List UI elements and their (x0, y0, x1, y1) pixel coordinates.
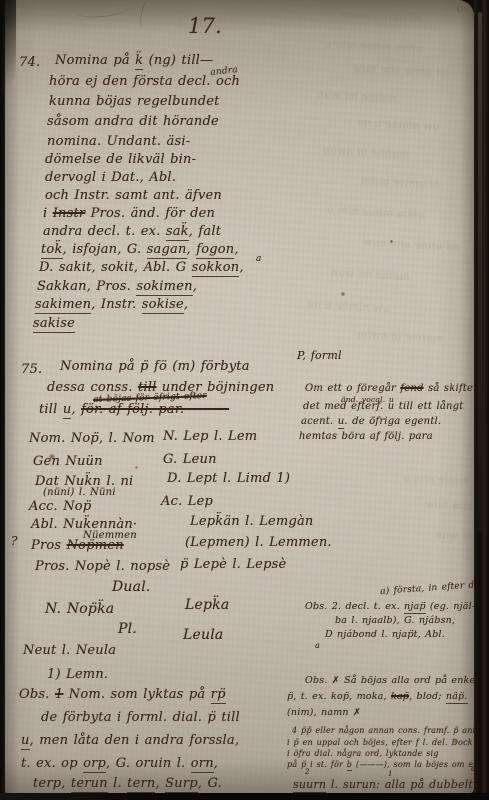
handwriting-segment: Acc. Nop̈ (29, 499, 91, 514)
handwriting-segment: till (39, 402, 63, 417)
handwriting-segment: . de öfriga egentl. (344, 416, 441, 427)
marginal-mark: ? (11, 535, 18, 547)
handwriting-segment: l. surun: alla på dubbelt ✗ (326, 778, 487, 791)
handwriting-segment: höra ej den första decl. och (49, 74, 240, 89)
handwriting-segment: (Lepmen) l. Lemmen. (185, 535, 332, 550)
margin-note: Obs. 2. decl. t. ex. njap̈ (eg. njäl- (305, 602, 475, 612)
folio-number: 81 (456, 1, 471, 13)
handwriting-segment: , men låta den i andra forssla, (30, 733, 240, 748)
handwriting-segment: hemtas böra af följ. para (299, 431, 433, 442)
table-cell: Lepk̈än l. Lemgàn (190, 515, 314, 528)
handwriting-segment: a (256, 254, 262, 264)
handwriting-segment: Lepk̈a (185, 597, 229, 613)
table-cell: p̈ Lepè l. Lepsè (180, 558, 286, 571)
margin-note: hemtas böra af följ. para (299, 432, 433, 442)
superscript-note: 2 (305, 769, 310, 776)
page-number: 17. (188, 16, 222, 37)
handwriting-segment: D. Lept l. Limd 1) (167, 471, 290, 486)
handwriting-segment: Obs. (19, 687, 55, 702)
margin-note: det med efterf. u till ett långt (303, 402, 464, 412)
stain (135, 466, 138, 469)
superscript-note: a (256, 255, 262, 264)
handwriting-segment: suurn (293, 778, 326, 793)
handwriting-segment: sak̈ (166, 224, 189, 241)
handwriting-segment: Neut l. Neula (23, 643, 116, 658)
handwriting-segment: , isfojan, G. (63, 242, 147, 257)
table-cell: (nüni) l. Nüni (43, 488, 116, 498)
handwriting-segment: , (234, 242, 238, 257)
handwriting-segment: sokimen (136, 279, 192, 296)
handwriting-segment: 4 p̈p̈ eller någon annan cons. framf. p̈… (292, 726, 479, 735)
page-edge-highlight (478, 12, 482, 532)
handwriting-segment: p̈, t. ex. kop̈, moka, (287, 691, 391, 702)
handwriting-segment: u (21, 733, 30, 750)
handwriting-segment: a (315, 641, 320, 650)
table-cell: Gen Nuün (33, 455, 103, 468)
stain (452, 738, 458, 744)
manuscript-line: sakise (33, 317, 75, 330)
manuscript-photo: 17. 81 74.Nomina på k̈ (ng) till—andrahö… (0, 0, 489, 800)
handwriting-segment: , blod; (409, 691, 446, 702)
handwriting-segment: så skifter (424, 383, 478, 394)
handwriting-segment: 2 (305, 768, 310, 776)
stray-ink-mark (139, 1, 154, 29)
handwriting-segment: 74. (19, 55, 40, 70)
handwriting-segment: , (187, 242, 197, 257)
manuscript-line: Obs. 1 Nom. som lyktas på rp̈ (19, 688, 226, 701)
book-gutter-edge (0, 0, 5, 800)
manuscript-line: andra decl. t. ex. sak̈, falt (43, 225, 221, 238)
table-cell: Acc. Nop̈ (29, 500, 91, 513)
handwriting-segment: , falt (189, 224, 221, 239)
manuscript-line: i Instr Pros. änd. för den (43, 207, 215, 220)
handwriting-segment: i (43, 206, 53, 221)
handwriting-segment: Ac. Lep (161, 494, 213, 509)
handwriting-segment: kap̈ (391, 691, 409, 702)
table-cell: Ac. Lep (161, 495, 213, 508)
handwriting-segment: sakimen (35, 297, 91, 314)
bleed-through-line: ni umwe nuim (341, 8, 421, 25)
footnote: 1) Lemn. (47, 668, 108, 681)
bleed-through-line: munne ui nwim (323, 144, 410, 161)
handwriting-segment: (———), som la böjes om efter den (352, 760, 489, 769)
margin-note: a) första, in efter d, (380, 581, 478, 597)
handwriting-segment: P, forml (297, 349, 342, 362)
handwriting-segment: (ng) till— (143, 53, 213, 68)
handwriting-segment: D. sakit, sokit, Abl. G (39, 260, 192, 275)
handwriting-segment: , (155, 776, 165, 791)
bleed-through-line: mi unne uim nuw (363, 235, 460, 253)
handwriting-segment: Obs. 2. decl. t. ex. (305, 601, 404, 612)
handwriting-segment: rp̈ (211, 687, 226, 704)
handwriting-segment: p̈ Lepè l. Lepsè (180, 557, 286, 572)
handwriting-segment: terp, (33, 776, 71, 791)
bleed-through-line: mi unne uim nuw (353, 61, 450, 79)
handwriting-segment: njap̈ (404, 601, 426, 614)
handwriting-segment: kunna böjas regelbundet (49, 94, 220, 109)
handwriting-segment: för. af följ. par. ——— (81, 402, 229, 417)
handwriting-segment: näp̈. (446, 691, 468, 704)
handwriting-segment: i p̈ en uppal och böjes, efter f l. del.… (287, 738, 473, 747)
handwriting-segment: sokkon (192, 260, 240, 277)
handwriting-segment: såsom andra dit hörande (47, 114, 219, 129)
handwriting-segment: a) första, in efter d, (380, 580, 478, 597)
handwriting-segment: sokise (142, 297, 184, 314)
handwriting-segment: , G. oruin l. (106, 756, 191, 771)
handwriting-segment: de förbyta i forml. dial. p̈ till (41, 710, 240, 725)
manuscript-line: till u, för. af följ. par. ——— (39, 403, 229, 416)
manuscript-line: nomina. Undant. äsi- (47, 135, 190, 148)
handwriting-segment: , G. (198, 776, 222, 791)
handwriting-segment: Nom. som lyktas på (63, 687, 210, 702)
handwriting-segment: 75. (21, 362, 42, 377)
manuscript-line: dömelse de likväl bin- (45, 153, 196, 166)
table-cell: (Lepmen) l. Lemmen. (185, 536, 332, 549)
margin-note: i p̈ en uppal och böjes, efter f l. del.… (287, 739, 473, 747)
manuscript-line: u, men låta den i andra forssla, (21, 734, 239, 747)
manuscript-line: de förbyta i forml. dial. p̈ till (41, 711, 240, 724)
handwriting-segment: tern (127, 776, 155, 793)
margin-note: i öfra dial. några ord, lyktande sig (287, 750, 439, 758)
handwriting-segment: tok̈ (41, 242, 63, 259)
table-cell: D. Lept l. Limd 1) (167, 472, 290, 485)
handwriting-segment: i öfra dial. några ord, lyktande sig (287, 749, 439, 758)
handwriting-segment: N. Lep l. Lem (163, 429, 257, 444)
handwriting-segment: Lepk̈än l. Lemgàn (190, 514, 314, 529)
handwriting-segment: orn (191, 756, 214, 773)
handwriting-segment: , (184, 297, 188, 312)
handwriting-segment: , Instr. (91, 297, 142, 312)
handwriting-segment: (eg. njäl- (426, 601, 476, 612)
marginal-mark: a (315, 642, 320, 650)
handwriting-segment: Instr (53, 206, 86, 221)
handwriting-segment: Nomina på (55, 53, 135, 68)
handwriting-segment: Obs. ✗ Så böjas alla ord på enkelt (305, 675, 483, 686)
manuscript-line: Nomina på k̈ (ng) till— (55, 54, 213, 67)
margin-note: ba l. njaalb), G. njábsn, (335, 616, 455, 626)
handwriting-segment: G. Leun (163, 452, 217, 467)
margin-note: Om ett o föregår fend så skifter (305, 384, 478, 394)
handwriting-segment: det med efterf. u till ett långt (303, 401, 464, 412)
table-cell: Pros Nop̈men (31, 539, 124, 552)
table-cell: Pros. Nopè l. nopsè (35, 560, 170, 573)
handwriting-segment: Gen Nuün (33, 454, 103, 469)
handwriting-segment: sakise (33, 316, 75, 333)
marginal-mark: P, forml (297, 350, 342, 361)
handwriting-segment: N. Nop̈k̈a (45, 601, 114, 617)
handwriting-segment: D njábond l. njap̈t, Abl. (325, 629, 445, 640)
margin-note: på p̈ i st. för b (———), som la böjes om… (287, 761, 489, 769)
handwriting-segment: fogon (196, 242, 234, 259)
manuscript-line: terp, terun l. tern, Surp, G. (33, 777, 222, 790)
table-cell: G. Leun (163, 453, 217, 466)
manuscript-line: tok̈, isfojan, G. sagan, fogon, (41, 243, 239, 256)
handwriting-segment: på p̈ i st. för (287, 760, 347, 769)
bleed-through-line: unim mnue nim u (325, 37, 423, 55)
handwriting-segment: Pros (31, 538, 67, 553)
margin-note: p̈, t. ex. kop̈, moka, kap̈, blod; näp̈. (287, 692, 468, 702)
margin-note: suurn l. surun: alla på dubbelt ✗ (293, 779, 487, 790)
table-cell: Neut l. Neula (23, 644, 116, 657)
margin-note: (nim), namn ✗ (287, 708, 361, 718)
handwriting-segment: (nim), namn ✗ (287, 707, 361, 718)
handwriting-segment: 1 (388, 770, 393, 778)
manuscript-line: kunna böjas regelbundet (49, 95, 220, 108)
handwriting-segment: , (193, 279, 197, 294)
handwriting-segment: Dual. (112, 579, 151, 595)
table-cell: N. Nop̈k̈a (45, 602, 114, 616)
handwriting-segment: Pros. Nopè l. nopsè (35, 559, 170, 574)
bleed-through-line: unim mnue nim u (327, 203, 425, 221)
table-heading: Pl. (118, 622, 137, 636)
section-number-75: 75. (21, 363, 42, 376)
handwriting-segment: Surp (165, 776, 198, 793)
handwriting-segment: (nüni) l. Nüni (43, 487, 116, 498)
bleed-through-line: ni umwe nuim (361, 174, 441, 191)
section-number-74: 74. (19, 56, 40, 69)
handwriting-segment: dömelse de likväl bin- (45, 152, 196, 167)
handwriting-segment: , (239, 260, 243, 275)
margin-note: Obs. ✗ Så böjas alla ord på enkelt (305, 676, 483, 686)
handwriting-segment: Om ett o föregår (305, 383, 400, 394)
table-cell: N. Lep l. Lem (163, 430, 257, 443)
manuscript-line: höra ej den första decl. och (49, 75, 240, 88)
manuscript-line: såsom andra dit hörande (47, 115, 219, 128)
table-cell: Lepk̈a (185, 598, 229, 612)
handwriting-segment: Sakkan, Pros. (37, 279, 136, 294)
handwriting-segment: andra decl. t. ex. (43, 224, 166, 239)
gutter-shadow (0, 0, 16, 120)
stain (341, 292, 345, 296)
handwriting-segment: Pl. (118, 621, 137, 637)
bleed-through-line: nuime mi wun (317, 88, 397, 105)
bleed-through-line: uw nimne u mi (357, 116, 440, 133)
handwriting-segment: Pros. änd. för den (85, 206, 215, 221)
bleed-through-line: nuime mi wun (331, 266, 411, 283)
handwriting-segment: , (214, 756, 218, 771)
handwriting-segment: ba l. njaalb), G. njábsn, (335, 615, 455, 626)
handwriting-segment: orp (83, 756, 106, 773)
handwriting-segment: , (71, 402, 81, 417)
manuscript-line: och Instr. samt ant. äfven (45, 189, 222, 202)
handwriting-segment: t. ex. op (21, 756, 83, 771)
handwriting-segment: dessa conss. (47, 380, 138, 395)
manuscript-line: t. ex. op orp, G. oruin l. orn, (21, 757, 218, 770)
handwriting-segment: Nom. Nop̈, l. Nom (29, 431, 155, 446)
handwriting-segment: Nop̈men (67, 538, 124, 553)
manuscript-line: sakimen, Instr. sokise, (35, 298, 188, 311)
handwriting-segment: terun (71, 776, 108, 793)
handwriting-segment: Nomina på p̈ fö (m) förbyta (60, 359, 250, 374)
table-cell: Nom. Nop̈, l. Nom (29, 432, 155, 445)
handwriting-segment: Leula (183, 627, 223, 643)
handwriting-segment: acent. (301, 416, 338, 427)
handwriting-segment: nomina. Undant. äsi- (47, 134, 190, 149)
handwriting-segment: l. (108, 776, 127, 791)
manuscript-line: Nomina på p̈ fö (m) förbyta (60, 360, 250, 373)
handwriting-segment: fend (400, 383, 423, 394)
handwriting-segment: ? (11, 534, 18, 548)
bleed-through-line: munne ui nwim (357, 328, 444, 345)
manuscript-line: dervogl i Dat., Abl. (45, 171, 176, 184)
manuscript-page: 17. 81 74.Nomina på k̈ (ng) till—andrahö… (5, 0, 474, 793)
stray-ink-mark (74, 0, 130, 20)
manuscript-line: Sakkan, Pros. sokimen, (37, 280, 197, 293)
handwriting-segment: dervogl i Dat., Abl. (45, 170, 176, 185)
bleed-through-line: uw nimne u mi (307, 298, 390, 315)
table-heading: Dual. (112, 580, 151, 594)
handwriting-segment: sagan (147, 242, 187, 259)
handwriting-segment: och Instr. samt ant. äfven (45, 188, 222, 203)
margin-note: acent. u. de öfriga egentl. (301, 417, 441, 427)
manuscript-line: D. sakit, sokit, Abl. G sokkon, (39, 261, 244, 274)
table-cell: Leula (183, 628, 223, 642)
handwriting-segment: 1) Lemn. (47, 667, 108, 682)
photo-bottom-edge (0, 793, 489, 800)
margin-note: D njábond l. njap̈t, Abl. (325, 630, 445, 640)
superscript-note: 1 (388, 771, 393, 778)
margin-note: 4 p̈p̈ eller någon annan cons. framf. p̈… (292, 727, 479, 735)
